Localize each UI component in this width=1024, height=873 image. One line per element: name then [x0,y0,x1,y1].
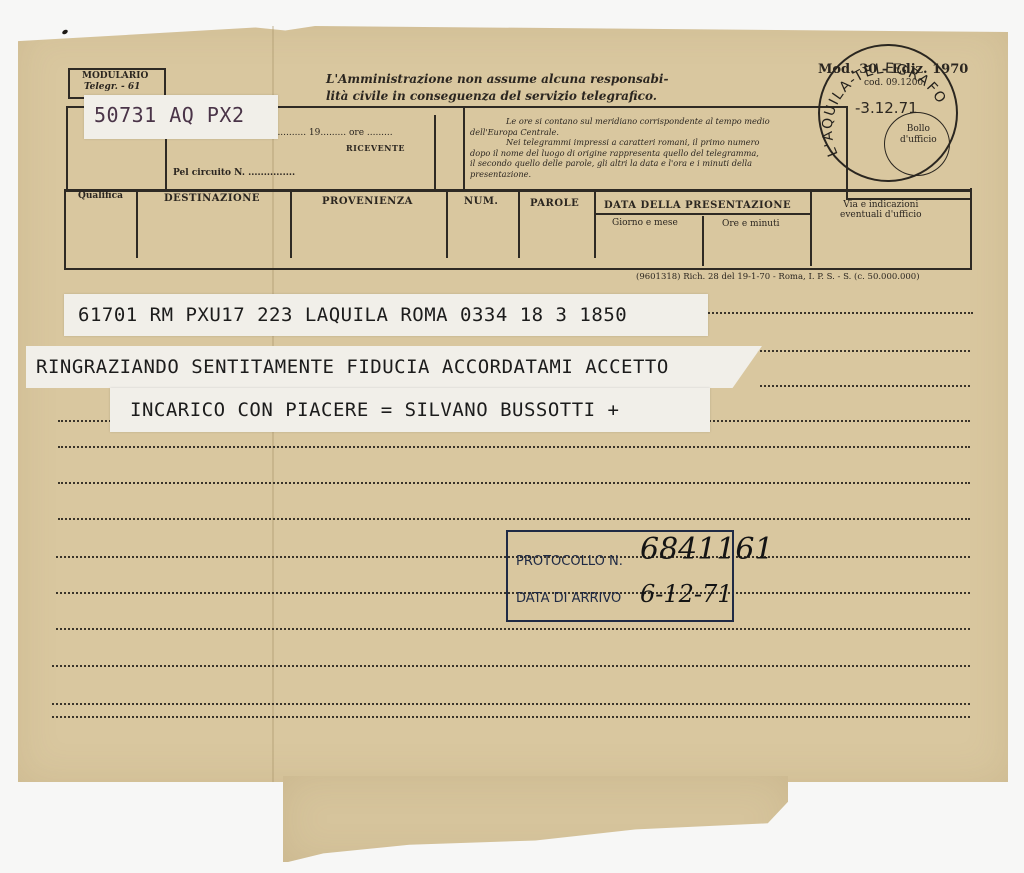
print-info: (9601318) Rich. 28 del 19-1-70 - Roma, I… [636,272,920,282]
note-line: dell'Europa Centrale. [470,127,850,138]
via-line-1: Via e indicazioni [840,200,922,210]
header-tape: 50731 AQ PX2 [84,95,278,139]
hours-note: Le ore si contano sul meridiano corrispo… [470,116,850,179]
column-divider [702,216,704,266]
note-line: dopo il nome del luogo di origine rappre… [470,148,850,159]
column-divider [136,190,138,258]
col-ore-minuti: Ore e minuti [722,219,780,229]
writing-line [58,482,970,484]
writing-line [52,703,970,705]
col-destinazione: DESTINAZIONE [164,193,260,204]
col-giorno-mese: Giorno e mese [612,218,678,228]
form-left-rule [66,106,68,191]
note-line: Le ore si contano sul meridiano corrispo… [470,116,850,127]
modulario-label: MODULARIO [82,71,148,81]
column-divider [290,190,292,258]
ink-spot [61,29,68,35]
note-line: Nei telegrammi impressi a caratteri roma… [470,137,850,148]
arrivo-label: DATA DI ARRIVO [516,591,621,606]
col-provenienza: PROVENIENZA [322,196,413,207]
torn-paper-flap [283,776,788,862]
form-divider [434,115,436,191]
col-data-presentazione: DATA DELLA PRESENTAZIONE [604,200,791,211]
writing-line [52,716,970,718]
col-qualifica: Qualifica [78,191,123,201]
ricevente-date-line: .............. 19......... ore ......... [266,128,393,138]
message-tape-line-1: RINGRAZIANDO SENTITAMENTE FIDUCIA ACCORD… [26,346,762,388]
protocollo-value: 6841161 [640,532,774,567]
svg-text:L'AQUILA-TELEGRAFO: L'AQUILA-TELEGRAFO [820,61,950,159]
subheader-rule [596,213,810,215]
protocollo-label: PROTOCOLLO N. [516,554,623,569]
ring-text: L'AQUILA-TELEGRAFO [820,61,950,159]
modulario-sub: Telegr. - 61 [84,82,140,92]
column-divider [810,190,812,266]
writing-line [52,665,970,667]
writing-line [760,385,970,387]
postmark-ring-text: L'AQUILA-TELEGRAFO [818,44,958,184]
col-parole: PAROLE [530,198,579,209]
disclaimer-line-2: lità civile in conseguenza del servizio … [326,89,657,103]
writing-line [56,628,970,630]
note-line: il secondo quello delle parole, gli altr… [470,158,850,169]
circuito-label: Pel circuito N. ............... [173,168,295,178]
message-tape-header: 61701 RM PXU17 223 LAQUILA ROMA 0334 18 … [64,294,708,336]
col-via-indicazioni: Via e indicazioni eventuali d'ufficio [840,200,922,220]
via-box-top [846,188,972,200]
form-divider [463,106,465,191]
col-num: NUM. [464,196,498,207]
message-tape-line-2: INCARICO CON PIACERE = SILVANO BUSSOTTI … [110,388,710,432]
column-divider [594,190,596,258]
via-line-2: eventuali d'ufficio [840,210,922,220]
ricevente-label: Ricevente [346,143,405,153]
note-line: presentazione. [470,169,850,180]
column-divider [518,190,520,258]
writing-line [58,518,970,520]
writing-line [58,446,970,448]
arrivo-value: 6-12-71 [640,580,733,608]
writing-line [705,312,973,314]
column-divider [446,190,448,258]
disclaimer-line-1: L'Amministrazione non assume alcuna resp… [326,72,668,86]
